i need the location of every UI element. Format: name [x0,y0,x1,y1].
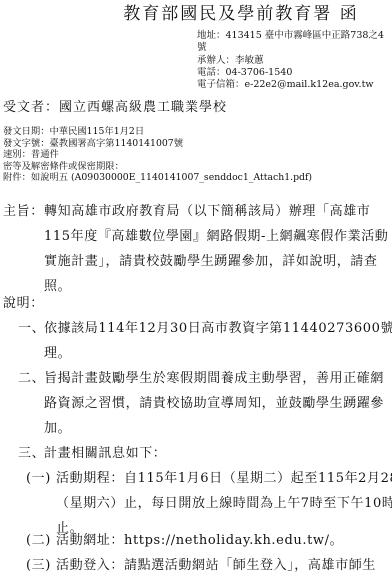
description-item-2: 旨揭計畫鼓勵學生於寒假期間養成主動學習，善用正確網 路資源之習慣，請貴校協助宣導… [44,366,384,441]
sender-address: 地址：413415 臺中市霧峰區中正路738之4 [197,30,387,42]
subject-line: 轉知高雄市政府教育局（以下簡稱該局）辦理「高雄市 [44,199,388,224]
subitem-marker-1: (一) [26,466,51,491]
sender-phone: 電話：04-3706-1540 [197,67,387,79]
description-item-3: 計畫相關訊息如下： [44,441,166,466]
subject-label: 主旨： [3,199,44,224]
item-line: 旨揭計畫鼓勵學生於寒假期間養成主動學習，善用正確網 [44,366,384,391]
item-marker-3: 三、 [18,441,45,466]
sender-email: 電子信箱：e-22e2@mail.k12ea.gov.tw [197,79,387,91]
item-line: 加。 [44,416,384,441]
item-line: 路資源之習慣，請貴校協助宣導周知，並鼓勵學生踴躍參 [44,391,384,416]
description-label: 說明： [3,291,44,316]
subitem-1-line-1: 活動期程：自115年1月6日（星期二）起至115年2月28日 [56,466,392,491]
issue-number: 發文字號：臺教國署高字第1140141007號 [3,138,312,150]
subject-text: 轉知高雄市政府教育局（以下簡稱該局）辦理「高雄市 115年度『高雄數位學園』網路… [44,199,388,299]
item-line: 依據該局114年12月30日高市教資字第11440273600號函辦 [44,316,392,341]
receiver: 受文者：國立西螺高級農工職業學校 [3,99,227,117]
subitem-3-line-1: 活動登入：請點選活動網站「師生登入」，高雄市師生 [56,553,376,576]
subitem-2-line-1[interactable]: 活動網址：https://netholiday.kh.edu.tw/。 [56,528,343,553]
sender-contact: 承辦人：李敏蕙 [197,55,387,67]
document-meta: 發文日期：中華民國115年1月2日 發文字號：臺教國署高字第1140141007… [3,126,312,184]
attachment[interactable]: 附件：如說明五 (A09030000E_1140141007_senddoc1_… [3,172,312,184]
description-item-1: 依據該局114年12月30日高市教資字第11440273600號函辦 理。 [44,316,392,366]
delivery-speed: 速別：普通件 [3,149,312,161]
subject-line: 115年度『高雄數位學園』網路假期-上網飆寒假作業活動 [44,224,388,249]
item-marker-1: 一、 [18,316,45,341]
secrecy-level: 密等及解密條件或保密期限： [3,161,312,173]
subject-line: 實施計畫」，請貴校鼓勵學生踴躍參加，詳如說明，請查 [44,249,388,274]
subitem-marker-2: (二) [26,528,51,553]
item-marker-2: 二、 [18,366,45,391]
subitem-1-line-2: （星期六）止，每日開放上線時間為上午7時至下午10時 [56,491,392,516]
sender-info: 地址：413415 臺中市霧峰區中正路738之4 號 承辦人：李敏蕙 電話：04… [197,30,387,91]
subject-line: 照。 [44,274,388,299]
item-line: 理。 [44,341,392,366]
subitem-marker-3: (三) [26,553,51,576]
document-title: 教育部國民及學前教育署 函 [0,3,392,25]
sender-address-cont: 號 [197,42,387,54]
issue-date: 發文日期：中華民國115年1月2日 [3,126,312,138]
